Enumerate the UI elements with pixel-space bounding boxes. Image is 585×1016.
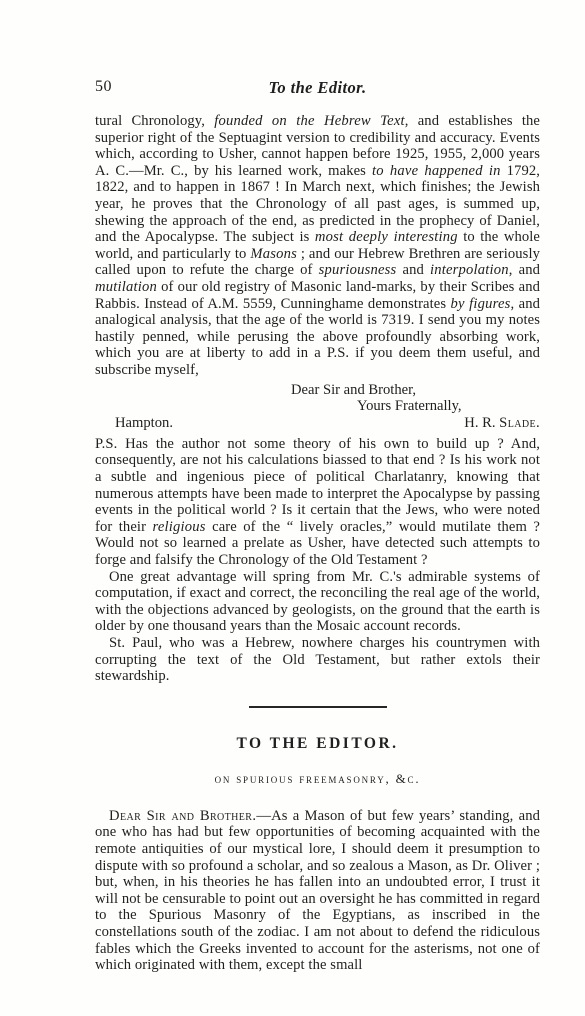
closing-signature-row: Hampton. H. R. Slade. <box>95 415 540 432</box>
letter2-subheading: on spurious freemasonry, &c. <box>95 771 540 787</box>
postscript-paragraph: P.S. Has the author not some theory of h… <box>95 436 540 569</box>
paragraph-stpaul: St. Paul, who was a Hebrew, nowhere char… <box>95 635 540 685</box>
closing-place: Hampton. <box>115 415 173 432</box>
paragraph-advantage: One great advantage will spring from Mr.… <box>95 569 540 635</box>
page-header: 50 To the Editor. <box>95 78 540 98</box>
letter1-body-paragraph: tural Chronology, founded on the Hebrew … <box>95 113 540 379</box>
scanned-page: 50 To the Editor. tural Chronology, foun… <box>0 0 585 1016</box>
letter2-heading: TO THE EDITOR. <box>95 735 540 753</box>
running-title: To the Editor. <box>95 78 540 98</box>
letter2-body-paragraph: Dear Sir and Brother.—As a Mason of but … <box>95 808 540 974</box>
closing-signature: H. R. Slade. <box>464 415 540 432</box>
letter1-closing: Dear Sir and Brother, Yours Fraternally,… <box>95 382 540 432</box>
closing-valediction: Yours Fraternally, <box>357 398 540 415</box>
closing-salutation: Dear Sir and Brother, <box>291 382 540 399</box>
section-divider <box>249 706 387 708</box>
